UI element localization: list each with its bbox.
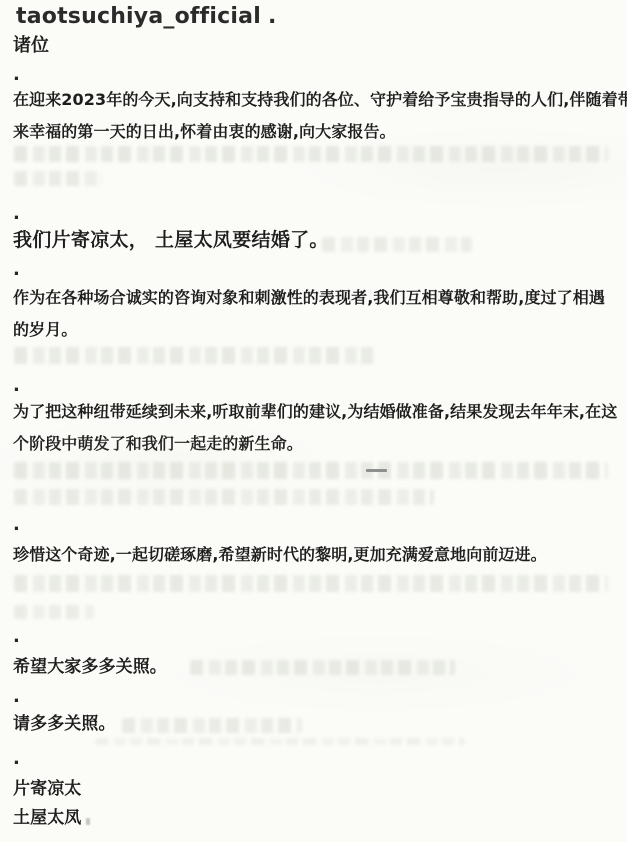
announcement-line: 我们片寄凉太， 土屋太凤要结婚了。 — [13, 229, 329, 252]
paragraph-line: 个阶段中萌发了和我们一起走的新生命。 — [13, 432, 303, 455]
faded-text-remnant — [95, 738, 465, 745]
signature-name: 土屋太凤 — [13, 807, 81, 830]
paragraph-line: 请多多关照。 — [13, 713, 116, 736]
faded-text-remnant — [122, 718, 302, 733]
faded-text-remnant — [14, 146, 608, 162]
faded-text-remnant — [322, 237, 472, 252]
faded-text-remnant — [190, 660, 455, 675]
faded-text-remnant — [14, 605, 94, 619]
paragraph-line: 的岁月。 — [13, 318, 77, 341]
separator-dot: . — [13, 688, 20, 706]
paragraph-line: 希望大家多多关照。 — [13, 656, 167, 679]
separator-dot: . — [13, 261, 20, 279]
separator-dot: . — [13, 628, 20, 646]
dash-remnant — [366, 469, 387, 472]
separator-dot: . — [13, 205, 20, 223]
faded-text-remnant — [14, 575, 608, 592]
signature-name: 片寄凉太 — [13, 778, 81, 801]
paragraph-line: 来幸福的第一天的日出,怀着由衷的感谢,向大家报告。 — [13, 120, 396, 143]
paragraph-line: 为了把这种纽带延续到未来,听取前辈们的建议,为结婚做准备,结果发现去年年末,在这 — [13, 400, 617, 423]
faded-text-remnant — [14, 347, 374, 364]
faded-text-remnant — [14, 462, 608, 479]
post-header: taotsuchiya_official. — [16, 4, 277, 29]
salutation: 诸位 — [13, 31, 49, 57]
translated-post-screenshot: taotsuchiya_official. 诸位 . 在迎来2023年的今天,向… — [0, 0, 627, 842]
faded-text-remnant — [14, 489, 434, 505]
comma-remnant — [86, 818, 90, 825]
paragraph-line: 珍惜这个奇迹,一起切磋琢磨,希望新时代的黎明,更加充满爱意地向前迈进。 — [13, 543, 547, 566]
paragraph-line: 在迎来2023年的今天,向支持和支持我们的各位、守护着给予宝贵指导的人们,伴随着… — [13, 88, 627, 111]
username[interactable]: taotsuchiya_official — [16, 4, 261, 29]
separator-dot: . — [13, 750, 20, 768]
separator-dot: . — [13, 66, 20, 84]
separator-dot: . — [13, 377, 20, 395]
caption-dot: . — [268, 4, 277, 29]
faded-text-remnant — [14, 171, 102, 186]
separator-dot: . — [13, 516, 20, 534]
paragraph-line: 作为在各种场合诚实的咨询对象和刺激性的表现者,我们互相尊敬和帮助,度过了相遇 — [13, 286, 605, 309]
